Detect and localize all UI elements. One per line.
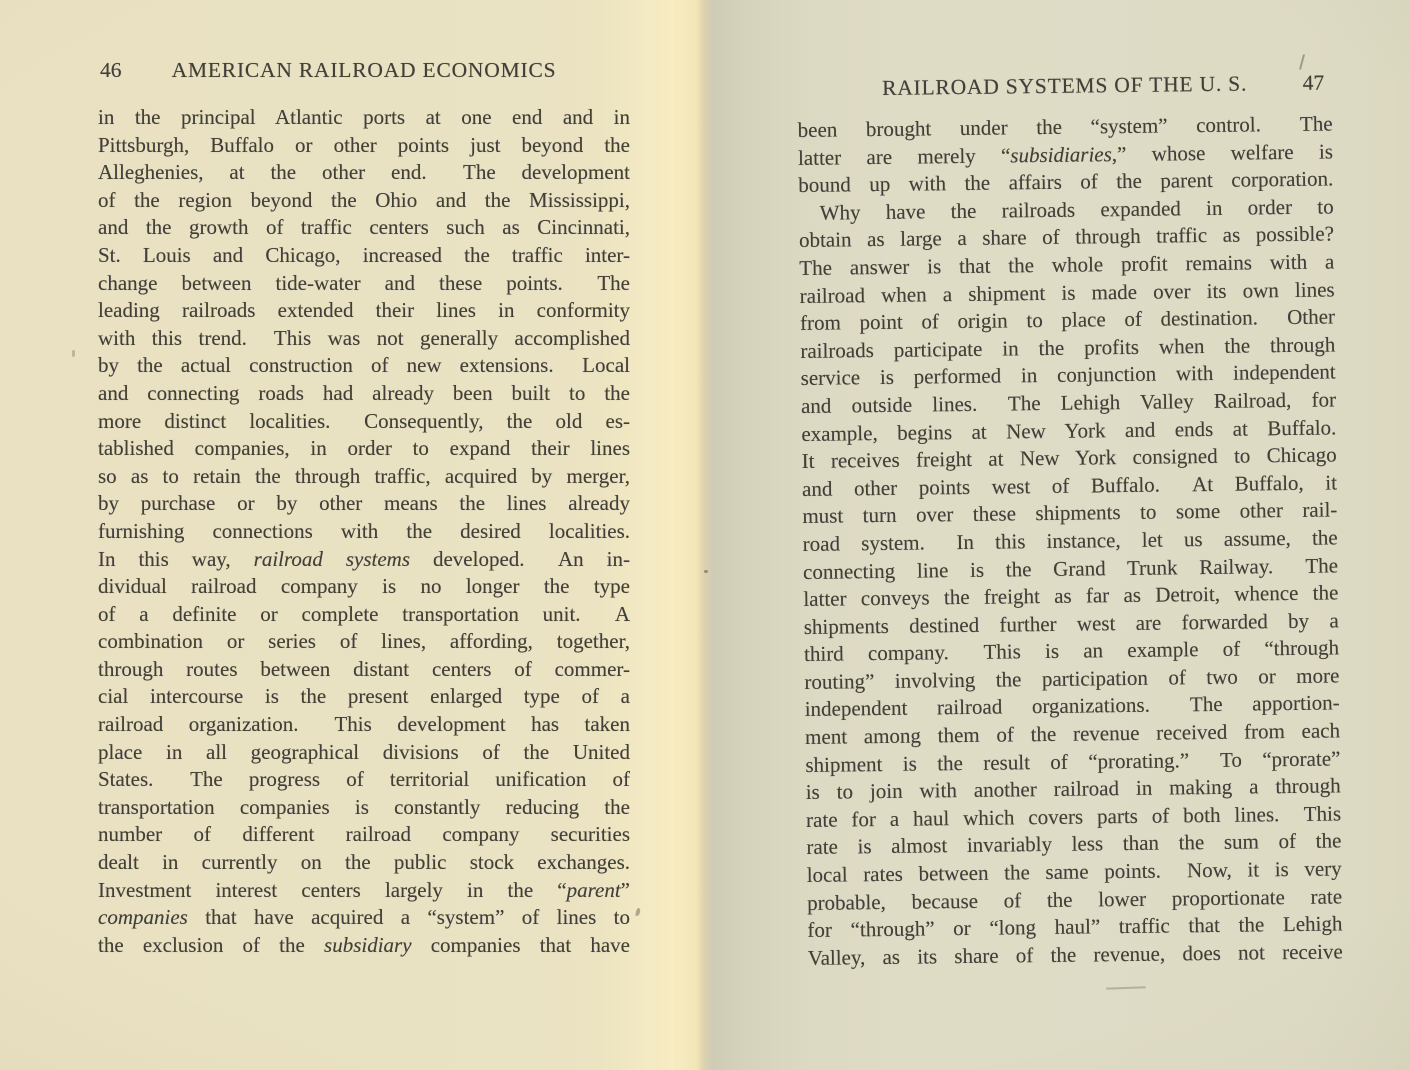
text-line: through routes between distant centers o…: [98, 656, 630, 684]
text-line: place in all geographical divisions of t…: [98, 739, 630, 767]
text-line: transportation companies is constantly r…: [98, 794, 630, 822]
text-line: with this trend. This was not generally …: [98, 325, 630, 353]
text-line: the exclusion of the subsidiary companie…: [98, 932, 630, 960]
right-page-running-title: RAILROAD SYSTEMS OF THE U. S.: [882, 72, 1247, 100]
right-page-number: 47: [1302, 70, 1324, 96]
right-page: RAILROAD SYSTEMS OF THE U. S. 47 been br…: [797, 69, 1343, 972]
text-line: Investment interest centers largely in t…: [98, 877, 630, 905]
faint-pencil-dash: [1106, 986, 1146, 989]
paper-speck: [704, 570, 708, 573]
right-page-lines: been brought under the “system” control.…: [798, 110, 1343, 972]
left-page-lines: in the principal Atlantic ports at one e…: [98, 104, 630, 959]
text-line: combination or series of lines, affordin…: [98, 628, 630, 656]
text-line: dividual railroad company is no longer t…: [98, 573, 630, 601]
text-line: companies that have acquired a “system” …: [98, 904, 630, 932]
text-line: States. The progress of territorial unif…: [98, 766, 630, 794]
paper-speck: [72, 350, 75, 357]
text-line: railroad organization. This development …: [98, 711, 630, 739]
text-line: St. Louis and Chicago, increased the tra…: [98, 242, 630, 270]
text-line: of a definite or complete transportation…: [98, 601, 630, 629]
text-line: dealt in currently on the public stock e…: [98, 849, 630, 877]
text-line: Valley, as its share of the revenue, doe…: [808, 938, 1343, 972]
book-spread: 46 AMERICAN RAILROAD ECONOMICS in the pr…: [0, 0, 1410, 1070]
text-line: Alleghenies, at the other end. The devel…: [98, 159, 630, 187]
left-page-running-title: AMERICAN RAILROAD ECONOMICS: [172, 58, 557, 82]
left-page: 46 AMERICAN RAILROAD ECONOMICS in the pr…: [98, 57, 630, 959]
text-line: furnishing connections with the desired …: [98, 518, 630, 546]
text-line: tablished companies, in order to expand …: [98, 435, 630, 463]
text-line: In this way, railroad systems developed.…: [98, 546, 630, 574]
text-line: by purchase or by other means the lines …: [98, 490, 630, 518]
text-line: by the actual construction of new extens…: [98, 352, 630, 380]
left-page-header: 46 AMERICAN RAILROAD ECONOMICS: [98, 57, 630, 83]
text-line: and the growth of traffic centers such a…: [98, 214, 630, 242]
left-page-number: 46: [100, 57, 122, 83]
right-page-header: RAILROAD SYSTEMS OF THE U. S. 47: [797, 69, 1332, 102]
text-line: leading railroads extended their lines i…: [98, 297, 630, 325]
text-line: more distinct localities. Consequently, …: [98, 408, 630, 436]
text-line: so as to retain the through traffic, acq…: [98, 463, 630, 491]
text-line: cial intercourse is the present enlarged…: [98, 683, 630, 711]
text-line: in the principal Atlantic ports at one e…: [98, 104, 630, 132]
text-line: and connecting roads had already been bu…: [98, 380, 630, 408]
text-line: change between tide-water and these poin…: [98, 270, 630, 298]
text-line: of the region beyond the Ohio and the Mi…: [98, 187, 630, 215]
stray-ink-mark: [635, 908, 641, 917]
stray-ink-mark: [1299, 54, 1305, 70]
text-line: number of different railroad company sec…: [98, 821, 630, 849]
text-line: Pittsburgh, Buffalo or other points just…: [98, 132, 630, 160]
